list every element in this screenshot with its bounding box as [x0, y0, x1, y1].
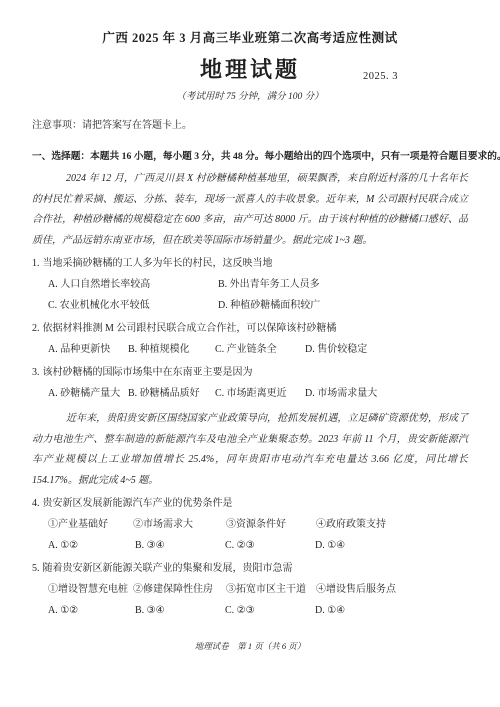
- title-row: 地理试题 2025. 3: [32, 55, 468, 85]
- question-number: 2.: [32, 323, 40, 334]
- question-number: 3.: [32, 367, 40, 378]
- sub-option-row: ①产业基础好 ②市场需求大 ③资源条件好 ④政府政策支持: [32, 514, 468, 535]
- question-5: 5.随着贵安新区新能源关联产业的集聚和发展，贵阳市急需 ①增设智慧充电桩 ②修建…: [32, 558, 468, 621]
- question-stem-row: 3.该村砂糖橘的国际市场集中在东南亚主要是因为: [32, 362, 468, 383]
- question-stem: 贵安新区发展新能源汽车产业的优势条件是: [43, 498, 233, 509]
- option-d: D. 售价较稳定: [305, 339, 367, 360]
- question-2: 2.依据材料推测 M 公司跟村民联合成立合作社，可以保障该村砂糖橘 A. 品种更…: [32, 318, 468, 360]
- question-stem-row: 5.随着贵安新区新能源关联产业的集聚和发展，贵阳市急需: [32, 558, 468, 579]
- option-a: A. 人口自然增长率较高: [48, 274, 218, 295]
- question-stem-row: 4.贵安新区发展新能源汽车产业的优势条件是: [32, 493, 468, 514]
- option-row: A. 品种更新快 B. 种植规模化 C. 产业链条全 D. 售价较稳定: [32, 339, 468, 360]
- option-d: D. ①④: [315, 535, 345, 556]
- page-footer: 地理试卷 第 1 页（共 6 页）: [32, 640, 468, 652]
- sub-option-4: ④政府政策支持: [316, 514, 386, 535]
- option-a: A. 砂糖橘产量大: [48, 383, 128, 404]
- section-heading: 一、选择题：本题共 16 小题，每小题 3 分，共 48 分。每小题给出的四个选…: [32, 149, 468, 164]
- sub-option-1: ①增设智慧充电桩: [48, 579, 133, 600]
- paper-title: 地理试题: [200, 57, 300, 82]
- option-row: C. 农业机械化水平较低 D. 种植砂糖橘面积较广: [32, 295, 468, 316]
- sub-option-3: ③拓宽市区主干道: [226, 579, 316, 600]
- question-stem-row: 2.依据材料推测 M 公司跟村民联合成立合作社，可以保障该村砂糖橘: [32, 318, 468, 339]
- option-b: B. ③④: [135, 600, 225, 621]
- option-a: A. ①②: [48, 600, 135, 621]
- sub-option-1: ①产业基础好: [48, 514, 133, 535]
- question-stem-row: 1.当地采摘砂糖橘的工人多为年长的村民，这反映当地: [32, 253, 468, 274]
- question-stem: 当地采摘砂糖橘的工人多为年长的村民，这反映当地: [43, 258, 273, 269]
- question-number: 4.: [32, 498, 40, 509]
- sub-option-2: ②修建保障性住房: [133, 579, 226, 600]
- option-row: A. ①② B. ③④ C. ②③ D. ①④: [32, 600, 468, 621]
- option-row: A. 人口自然增长率较高 B. 外出青年务工人员多: [32, 274, 468, 295]
- question-3: 3.该村砂糖橘的国际市场集中在东南亚主要是因为 A. 砂糖橘产量大 B. 砂糖橘…: [32, 362, 468, 404]
- exam-header-line: 广西 2025 年 3 月高三毕业班第二次高考适应性测试: [32, 30, 468, 46]
- question-4: 4.贵安新区发展新能源汽车产业的优势条件是 ①产业基础好 ②市场需求大 ③资源条…: [32, 493, 468, 556]
- option-b: B. 砂糖橘品质好: [128, 383, 215, 404]
- question-stem: 依据材料推测 M 公司跟村民联合成立合作社，可以保障该村砂糖橘: [43, 323, 337, 334]
- exam-page: 广西 2025 年 3 月高三毕业班第二次高考适应性测试 地理试题 2025. …: [0, 0, 500, 707]
- option-d: D. 种植砂糖橘面积较广: [218, 295, 320, 316]
- option-c: C. ②③: [225, 600, 315, 621]
- option-a: A. ①②: [48, 535, 135, 556]
- question-stem: 该村砂糖橘的国际市场集中在东南亚主要是因为: [43, 367, 253, 378]
- sub-option-2: ②市场需求大: [133, 514, 226, 535]
- option-row: A. 砂糖橘产量大 B. 砂糖橘品质好 C. 市场距离更近 D. 市场需求量大: [32, 383, 468, 404]
- option-c: C. 市场距离更近: [215, 383, 305, 404]
- option-b: B. 外出青年务工人员多: [218, 274, 320, 295]
- option-d: D. 市场需求量大: [305, 383, 377, 404]
- option-b: B. 种植规模化: [128, 339, 215, 360]
- option-c: C. ②③: [225, 535, 315, 556]
- option-b: B. ③④: [135, 535, 225, 556]
- option-row: A. ①② B. ③④ C. ②③ D. ①④: [32, 535, 468, 556]
- option-c: C. 农业机械化水平较低: [48, 295, 218, 316]
- sub-option-row: ①增设智慧充电桩 ②修建保障性住房 ③拓宽市区主干道 ④增设售后服务点: [32, 579, 468, 600]
- notice-line: 注意事项：请把答案写在答题卡上。: [32, 119, 468, 133]
- sub-option-4: ④增设售后服务点: [316, 579, 396, 600]
- exam-duration-note: （考试用时 75 分钟，满分 100 分）: [32, 91, 468, 104]
- question-number: 5.: [32, 563, 40, 574]
- option-a: A. 品种更新快: [48, 339, 128, 360]
- question-1: 1.当地采摘砂糖橘的工人多为年长的村民，这反映当地 A. 人口自然增长率较高 B…: [32, 253, 468, 316]
- option-d: D. ①④: [315, 600, 345, 621]
- question-stem: 随着贵安新区新能源关联产业的集聚和发展，贵阳市急需: [43, 563, 293, 574]
- passage-1: 2024 年 12 月，广西灵川县 X 村砂糖橘种植基地里，硕果飘香，来自附近村…: [32, 169, 468, 251]
- passage-2: 近年来，贵阳贵安新区围绕国家产业政策导向，抢抓发展机遇，立足磷矿资源优势，形成了…: [32, 409, 468, 491]
- question-number: 1.: [32, 258, 40, 269]
- option-c: C. 产业链条全: [215, 339, 305, 360]
- sub-option-3: ③资源条件好: [226, 514, 316, 535]
- paper-date: 2025. 3: [363, 71, 398, 82]
